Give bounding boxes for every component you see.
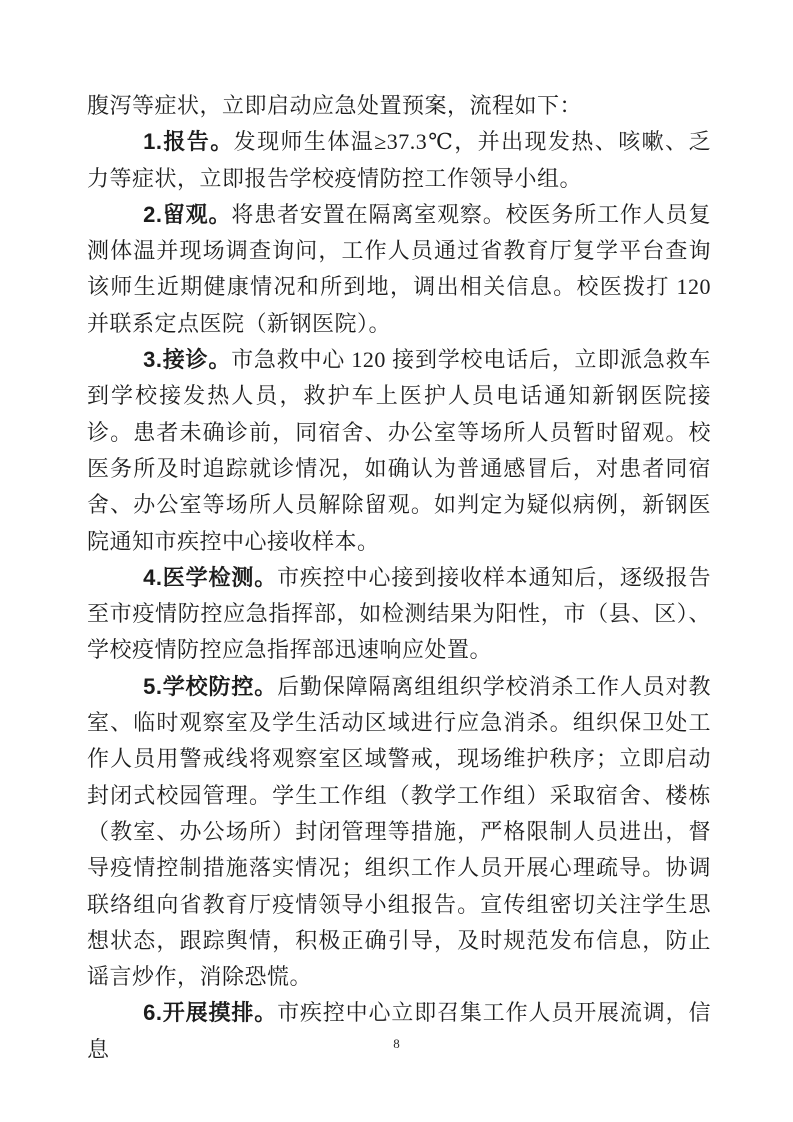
paragraph: 2.留观。将患者安置在隔离室观察。校医务所工作人员复测体温并现场调查询问，工作人… (87, 197, 711, 342)
paragraph: 4.医学检测。市疾控中心接到接收样本通知后，逐级报告至市疫情防控应急指挥部，如检… (87, 560, 711, 669)
paragraph: 1.报告。发现师生体温≥37.3℃，并出现发热、咳嗽、乏力等症状，立即报告学校疫… (87, 124, 711, 197)
document-page: 腹泻等症状，立即启动应急处置预案，流程如下： 1.报告。发现师生体温≥37.3℃… (0, 0, 793, 1122)
paragraph-lead: 5.学校防控。 (143, 674, 277, 699)
page-number: 8 (0, 1036, 793, 1052)
paragraph: 6.开展摸排。市疾控中心立即召集工作人员开展流调，信息 (87, 995, 711, 1068)
document-body: 腹泻等症状，立即启动应急处置预案，流程如下： 1.报告。发现师生体温≥37.3℃… (87, 88, 711, 1068)
paragraph-lead: 4.医学检测。 (143, 565, 277, 590)
paragraph-body: 后勤保障隔离组组织学校消杀工作人员对教室、临时观察室及学生活动区域进行应急消杀。… (87, 674, 711, 989)
paragraph-body: 市急救中心 120 接到学校电话后，立即派急救车到学校接发热人员，救护车上医护人… (87, 347, 711, 553)
paragraph-lead: 3.接诊。 (143, 347, 231, 372)
paragraph-lead: 2.留观。 (143, 202, 231, 227)
paragraph: 腹泻等症状，立即启动应急处置预案，流程如下： (87, 88, 711, 124)
paragraph-lead: 1.报告。 (143, 129, 234, 154)
paragraph-body: 腹泻等症状，立即启动应急处置预案，流程如下： (87, 93, 582, 118)
paragraph-lead: 6.开展摸排。 (143, 1000, 277, 1025)
paragraph: 3.接诊。市急救中心 120 接到学校电话后，立即派急救车到学校接发热人员，救护… (87, 342, 711, 560)
paragraph: 5.学校防控。后勤保障隔离组组织学校消杀工作人员对教室、临时观察室及学生活动区域… (87, 669, 711, 996)
